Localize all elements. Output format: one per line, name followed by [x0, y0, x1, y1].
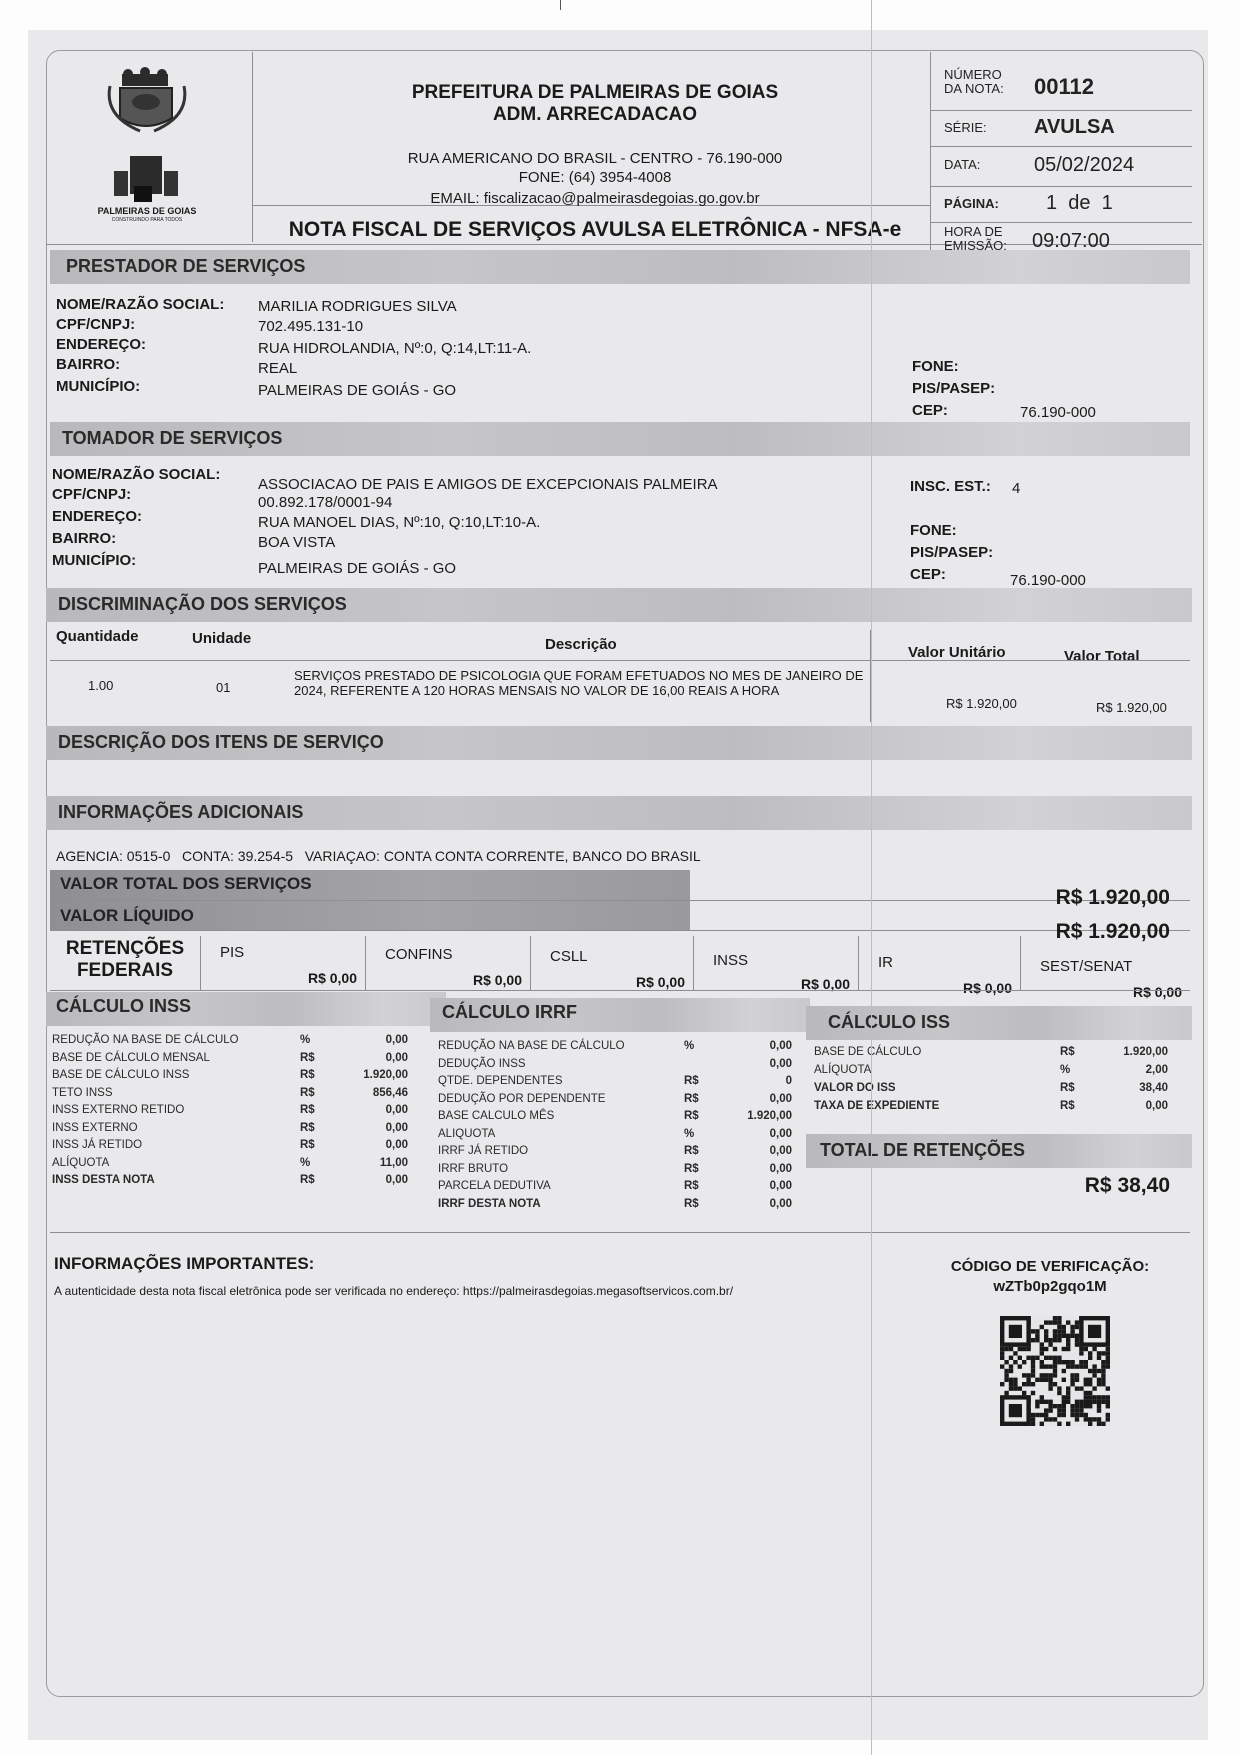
prestador-bairro-label: BAIRRO: — [56, 356, 120, 373]
calc-row-unit: R$ — [684, 1075, 699, 1087]
divider — [50, 1232, 1190, 1233]
calc-row-unit: R$ — [300, 1069, 315, 1081]
calc-row-unit: R$ — [684, 1145, 699, 1157]
calc-row-unit: R$ — [300, 1087, 315, 1099]
hora-label-line1: HORA DE — [944, 224, 1003, 239]
municipality-title: PREFEITURA DE PALMEIRAS DE GOIAS — [260, 82, 930, 104]
prestador-municipio: PALMEIRAS DE GOIÁS - GO — [258, 382, 456, 399]
calc-row-unit: R$ — [300, 1052, 315, 1064]
calc-row-unit: R$ — [300, 1104, 315, 1116]
calc-row: TAXA DE EXPEDIENTER$0,00 — [814, 1100, 1168, 1116]
prestador-cpf-label: CPF/CNPJ: — [56, 316, 135, 333]
row-valor-unitario: R$ 1.920,00 — [946, 696, 1017, 711]
calc-row-unit: % — [1060, 1064, 1070, 1076]
calc-row: BASE DE CÁLCULO MENSALR$0,00 — [52, 1052, 408, 1068]
calc-row-label: REDUÇÃO NA BASE DE CÁLCULO — [52, 1034, 239, 1046]
divider — [930, 186, 1192, 187]
calc-row-value: 11,00 — [328, 1157, 408, 1169]
retencao-label: INSS — [713, 952, 748, 969]
prestador-fone-label: FONE: — [912, 358, 959, 375]
calc-row-value: 0,00 — [712, 1198, 792, 1210]
scan-mark — [560, 0, 561, 10]
tomador-bairro: BOA VISTA — [258, 534, 335, 551]
calc-row-value: 856,46 — [328, 1087, 408, 1099]
hora-label: HORA DEEMISSÃO: — [944, 225, 1007, 253]
row-unidade: 01 — [216, 680, 230, 695]
calc-row: REDUÇÃO NA BASE DE CÁLCULO%0,00 — [438, 1040, 792, 1056]
calculo-inss-title: CÁLCULO INSS — [56, 996, 191, 1017]
prestador-section-title: PRESTADOR DE SERVIÇOS — [66, 256, 305, 277]
calc-row-label: INSS EXTERNO RETIDO — [52, 1104, 184, 1116]
calc-row: TETO INSSR$856,46 — [52, 1087, 408, 1103]
calc-row: INSS DESTA NOTAR$0,00 — [52, 1174, 408, 1190]
pagina-label: PÁGINA: — [944, 197, 999, 211]
calc-row-unit: R$ — [684, 1180, 699, 1192]
calc-row-label: IRRF DESTA NOTA — [438, 1198, 541, 1210]
logo-caption: PALMEIRAS DE GOIAS — [86, 206, 208, 216]
municipality-address: RUA AMERICANO DO BRASIL - CENTRO - 76.19… — [260, 150, 930, 167]
col-quantidade: Quantidade — [56, 628, 166, 645]
col-valor-total: Valor Total — [1064, 648, 1140, 665]
prestador-nome: MARILIA RODRIGUES SILVA — [258, 298, 457, 315]
calc-row-value: 0,00 — [712, 1163, 792, 1175]
calc-row: REDUÇÃO NA BASE DE CÁLCULO%0,00 — [52, 1034, 408, 1050]
tomador-fone-label: FONE: — [910, 522, 957, 539]
scan-fold-line — [871, 0, 872, 1755]
tomador-cep: 76.190-000 — [1010, 572, 1086, 589]
calc-row-unit: R$ — [684, 1110, 699, 1122]
calc-row-value: 1.920,00 — [1088, 1046, 1168, 1058]
retencao-label: IR — [878, 954, 893, 971]
department-title: ADM. ARRECADACAO — [260, 104, 930, 126]
servicos-section-title: DISCRIMINAÇÃO DOS SERVIÇOS — [58, 594, 347, 615]
calc-row-label: IRRF BRUTO — [438, 1163, 508, 1175]
retencao-value: R$ 0,00 — [200, 970, 357, 986]
calc-row-value: 0,00 — [712, 1128, 792, 1140]
retencao-value: R$ 0,00 — [858, 980, 1012, 996]
tomador-cpf: 00.892.178/0001-94 — [258, 494, 392, 511]
calc-row-value: 1.920,00 — [712, 1110, 792, 1122]
calc-row-unit: R$ — [300, 1139, 315, 1151]
additional-info-text: AGENCIA: 0515-0 CONTA: 39.254-5 VARIAÇAO… — [56, 848, 701, 864]
document-title: NOTA FISCAL DE SERVIÇOS AVULSA ELETRÔNIC… — [260, 218, 930, 242]
calc-row-label: BASE CALCULO MÊS — [438, 1110, 554, 1122]
prestador-cep-label: CEP: — [912, 402, 948, 419]
calc-row-value: 0 — [712, 1075, 792, 1087]
tomador-pis-label: PIS/PASEP: — [910, 544, 993, 561]
calc-row-value: 0,00 — [712, 1058, 792, 1070]
retencao-label: CSLL — [550, 948, 588, 965]
valor-liquido-label: VALOR LÍQUIDO — [60, 906, 194, 926]
valor-liquido-value: R$ 1.920,00 — [900, 920, 1170, 944]
retencao-label: SEST/SENAT — [1040, 958, 1132, 975]
calc-row-unit: % — [684, 1128, 694, 1140]
prestador-cpf: 702.495.131-10 — [258, 318, 363, 335]
importantes-text: A autenticidade desta nota fiscal eletrô… — [54, 1284, 733, 1298]
row-valor-total: R$ 1.920,00 — [1096, 700, 1167, 715]
retencoes-title-line1: RETENÇÕES — [66, 938, 184, 959]
total-retencoes-value: R$ 38,40 — [1000, 1174, 1170, 1198]
divider — [930, 110, 1192, 111]
calculo-iss-title: CÁLCULO ISS — [828, 1012, 950, 1033]
calc-row-unit: R$ — [1060, 1100, 1075, 1112]
calc-row: QTDE. DEPENDENTESR$0 — [438, 1075, 792, 1091]
municipality-phone: FONE: (64) 3954-4008 — [260, 169, 930, 186]
calc-row-label: DEDUÇÃO POR DEPENDENTE — [438, 1093, 605, 1105]
tomador-section-title: TOMADOR DE SERVIÇOS — [62, 428, 282, 449]
calc-row-label: INSS EXTERNO — [52, 1122, 138, 1134]
calc-row-unit: % — [684, 1040, 694, 1052]
calc-row-label: ALIQUOTA — [438, 1128, 495, 1140]
retencao-label: PIS — [220, 944, 244, 961]
divider — [50, 990, 1190, 991]
invoice-number: 00112 — [1034, 74, 1094, 100]
calc-row-value: 0,00 — [328, 1052, 408, 1064]
calc-row: VALOR DO ISSR$38,40 — [814, 1082, 1168, 1098]
divider — [930, 146, 1192, 147]
municipal-coat-of-arms-logo: PALMEIRAS DE GOIAS CONSTRUINDO PARA TODO… — [92, 66, 202, 226]
calc-row: ALÍQUOTA%2,00 — [814, 1064, 1168, 1080]
divider — [930, 222, 1192, 223]
verification-code: wZTb0p2gqo1M — [930, 1278, 1170, 1295]
calc-row-value: 0,00 — [712, 1180, 792, 1192]
calc-row: DEDUÇÃO POR DEPENDENTER$0,00 — [438, 1093, 792, 1109]
numero-label-line1: NÚMERO — [944, 67, 1002, 82]
row-descricao: SERVIÇOS PRESTADO DE PSICOLOGIA QUE FORA… — [294, 668, 874, 698]
calc-row-unit: R$ — [1060, 1082, 1075, 1094]
col-descricao: Descrição — [545, 636, 617, 653]
calc-row: BASE CALCULO MÊSR$1.920,00 — [438, 1110, 792, 1126]
calc-row: IRRF JÁ RETIDOR$0,00 — [438, 1145, 792, 1161]
tomador-cpf-label: CPF/CNPJ: — [52, 486, 131, 503]
retencao-value: R$ 0,00 — [530, 974, 685, 990]
calc-row-label: INSS JÁ RETIDO — [52, 1139, 142, 1151]
calc-row-label: VALOR DO ISS — [814, 1082, 896, 1094]
calc-row-value: 0,00 — [328, 1034, 408, 1046]
numero-label: NÚMERODA NOTA: — [944, 68, 1004, 96]
calc-row-label: BASE DE CÁLCULO INSS — [52, 1069, 189, 1081]
calc-row-unit: R$ — [684, 1198, 699, 1210]
divider — [50, 660, 1190, 661]
calc-row-value: 0,00 — [328, 1139, 408, 1151]
tomador-municipio-label: MUNICÍPIO: — [52, 552, 136, 569]
adicionais-section-title: INFORMAÇÕES ADICIONAIS — [58, 802, 303, 823]
calc-row-value: 0,00 — [712, 1145, 792, 1157]
calc-row-label: ALÍQUOTA — [52, 1157, 109, 1169]
calc-row-unit: R$ — [300, 1174, 315, 1186]
calc-row-value: 0,00 — [328, 1104, 408, 1116]
retencao-value: R$ 0,00 — [365, 972, 522, 988]
col-valor-unitario: Valor Unitário — [908, 644, 1006, 661]
calc-row-unit: % — [300, 1034, 310, 1046]
tomador-endereco: RUA MANOEL DIAS, Nº:10, Q:10,LT:10-A. — [258, 514, 540, 531]
calc-row-label: INSS DESTA NOTA — [52, 1174, 155, 1186]
calc-row: INSS EXTERNOR$0,00 — [52, 1122, 408, 1138]
calc-row: PARCELA DEDUTIVAR$0,00 — [438, 1180, 792, 1196]
divider — [930, 52, 931, 262]
calc-row-value: 0,00 — [328, 1122, 408, 1134]
tomador-nome: ASSOCIACAO DE PAIS E AMIGOS DE EXCEPCION… — [258, 476, 718, 493]
numero-label-line2: DA NOTA: — [944, 81, 1004, 96]
calc-row-label: TAXA DE EXPEDIENTE — [814, 1100, 939, 1112]
calc-row-label: PARCELA DEDUTIVA — [438, 1180, 551, 1192]
invoice-series: AVULSA — [1034, 116, 1115, 139]
calc-row-label: TETO INSS — [52, 1087, 113, 1099]
retencoes-title: RETENÇÕES FEDERAIS — [50, 938, 200, 982]
calc-row-unit: R$ — [684, 1163, 699, 1175]
logo-subcaption: CONSTRUINDO PARA TODOS — [86, 217, 208, 223]
page-indicator: 1 de 1 — [1046, 192, 1113, 215]
calc-row: ALIQUOTA%0,00 — [438, 1128, 792, 1144]
tomador-bairro-label: BAIRRO: — [52, 530, 116, 547]
calc-row: IRRF BRUTOR$0,00 — [438, 1163, 792, 1179]
prestador-pis-label: PIS/PASEP: — [912, 380, 995, 397]
prestador-bairro: REAL — [258, 360, 297, 377]
verification-label: CÓDIGO DE VERIFICAÇÃO: — [930, 1258, 1170, 1275]
calc-row-value: 0,00 — [712, 1093, 792, 1105]
divider — [46, 244, 1202, 245]
calc-row: INSS EXTERNO RETIDOR$0,00 — [52, 1104, 408, 1120]
calc-row-value: 0,00 — [1088, 1100, 1168, 1112]
calc-row-value: 1.920,00 — [328, 1069, 408, 1081]
municipality-email: EMAIL: fiscalizacao@palmeirasdegoias.go.… — [260, 190, 930, 207]
row-quantidade: 1.00 — [88, 678, 113, 693]
total-retencoes-title: TOTAL DE RETENÇÕES — [820, 1140, 1025, 1161]
tomador-municipio: PALMEIRAS DE GOIÁS - GO — [258, 560, 456, 577]
calc-row: IRRF DESTA NOTAR$0,00 — [438, 1198, 792, 1214]
calc-row-value: 2,00 — [1088, 1064, 1168, 1076]
prestador-endereco: RUA HIDROLANDIA, Nº:0, Q:14,LT:11-A. — [258, 340, 531, 357]
calc-row-label: ALÍQUOTA — [814, 1064, 871, 1076]
calc-row-label: BASE DE CÁLCULO — [814, 1046, 921, 1058]
calc-row-label: IRRF JÁ RETIDO — [438, 1145, 528, 1157]
retencoes-title-line2: FEDERAIS — [77, 960, 173, 981]
valor-total-value: R$ 1.920,00 — [900, 886, 1170, 910]
serie-label: SÉRIE: — [944, 121, 987, 135]
calc-row: ALÍQUOTA%11,00 — [52, 1157, 408, 1173]
tomador-insc: 4 — [1012, 480, 1020, 497]
calc-row-unit: R$ — [1060, 1046, 1075, 1058]
tomador-cep-label: CEP: — [910, 566, 946, 583]
retencao-value: R$ 0,00 — [1020, 984, 1182, 1000]
prestador-nome-label: NOME/RAZÃO SOCIAL: — [56, 296, 224, 313]
tomador-endereco-label: ENDEREÇO: — [52, 508, 142, 525]
calc-row-value: 38,40 — [1088, 1082, 1168, 1094]
retencao-label: CONFINS — [385, 946, 453, 963]
importantes-title: INFORMAÇÕES IMPORTANTES: — [54, 1254, 314, 1274]
col-unidade: Unidade — [192, 630, 251, 647]
calc-row-unit: R$ — [684, 1093, 699, 1105]
calc-row-value: 0,00 — [712, 1040, 792, 1052]
calc-row: BASE DE CÁLCULO INSSR$1.920,00 — [52, 1069, 408, 1085]
tomador-nome-label: NOME/RAZÃO SOCIAL: — [52, 466, 220, 483]
divider — [1020, 936, 1021, 990]
itens-section-title: DESCRIÇÃO DOS ITENS DE SERVIÇO — [58, 732, 384, 753]
prestador-municipio-label: MUNICÍPIO: — [56, 378, 140, 395]
prestador-cep: 76.190-000 — [1020, 404, 1096, 421]
invoice-date: 05/02/2024 — [1034, 154, 1134, 177]
data-label: DATA: — [944, 158, 980, 172]
calc-row-value: 0,00 — [328, 1174, 408, 1186]
tomador-insc-label: INSC. EST.: — [910, 478, 991, 495]
calc-row-label: REDUÇÃO NA BASE DE CÁLCULO — [438, 1040, 625, 1052]
qr-code-icon[interactable] — [1000, 1316, 1110, 1426]
calc-row-label: QTDE. DEPENDENTES — [438, 1075, 563, 1087]
calc-row: DEDUÇÃO INSS0,00 — [438, 1058, 792, 1074]
valor-total-label: VALOR TOTAL DOS SERVIÇOS — [60, 874, 312, 894]
calc-row-label: BASE DE CÁLCULO MENSAL — [52, 1052, 210, 1064]
calc-row-unit: % — [300, 1157, 310, 1169]
divider — [252, 52, 253, 242]
calc-row-unit: R$ — [300, 1122, 315, 1134]
calc-row-label: DEDUÇÃO INSS — [438, 1058, 526, 1070]
calc-row: INSS JÁ RETIDOR$0,00 — [52, 1139, 408, 1155]
calculo-irrf-title: CÁLCULO IRRF — [442, 1002, 577, 1023]
prestador-endereco-label: ENDEREÇO: — [56, 336, 146, 353]
calc-row: BASE DE CÁLCULOR$1.920,00 — [814, 1046, 1168, 1062]
